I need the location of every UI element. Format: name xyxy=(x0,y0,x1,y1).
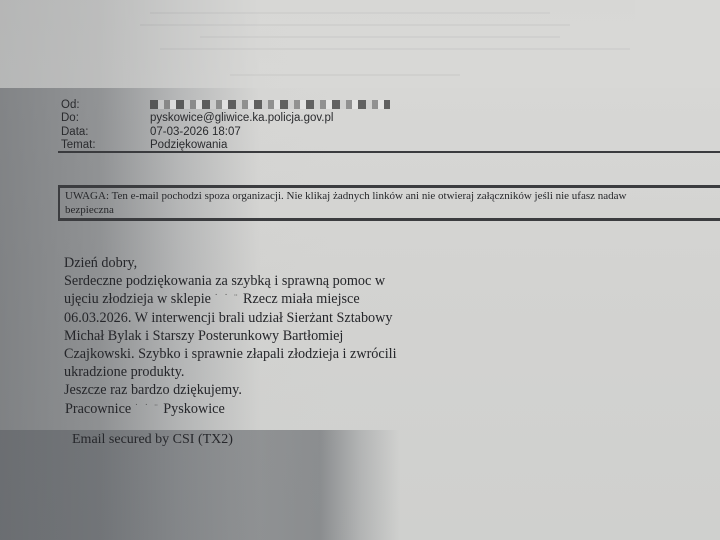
header-date-row: Data: 07-03-2026 18:07 xyxy=(61,126,390,139)
body-line: Michał Bylak i Starszy Posterunkowy Bart… xyxy=(64,327,397,345)
header-to-row: Do: pyskowice@gliwice.ka.policja.gov.pl xyxy=(61,112,390,125)
bleed-through-area xyxy=(0,0,720,88)
body-line: Serdeczne podziękowania za szybką i spra… xyxy=(64,272,397,290)
body-line: ukradzione produkty. xyxy=(64,363,397,381)
body-line: Jeszcze raz bardzo dziękujemy. xyxy=(64,381,397,399)
greeting: Dzień dobry, xyxy=(64,254,397,272)
redaction-mark: ˙ ˙ ¨ xyxy=(215,293,240,304)
from-label: Od: xyxy=(61,99,150,112)
signature: Pracownice ˙ ˙ ¨ Pyskowice xyxy=(64,400,397,418)
security-footer: Email secured by CSI (TX2) xyxy=(72,432,233,448)
signature-prefix: Pracownice xyxy=(65,401,131,417)
body-line-part: Rzecz miała miejsce xyxy=(243,291,360,307)
header-from-row: Od: xyxy=(61,99,390,112)
date-label: Data: xyxy=(61,126,150,139)
redaction-block xyxy=(150,100,390,109)
header-divider xyxy=(58,151,720,153)
warning-line-1: UWAGA: Ten e-mail pochodzi spoza organiz… xyxy=(65,189,720,203)
from-value-redacted xyxy=(150,99,390,112)
bleed-line xyxy=(160,48,630,50)
email-header: Od: Do: pyskowice@gliwice.ka.policja.gov… xyxy=(61,99,390,152)
bleed-line xyxy=(140,24,570,26)
body-line-part: ujęciu złodzieja w sklepie xyxy=(64,291,211,307)
bleed-line xyxy=(150,12,550,14)
to-label: Do: xyxy=(61,112,150,125)
bleed-line xyxy=(200,36,560,38)
body-line: ujęciu złodzieja w sklepie ˙ ˙ ¨ Rzecz m… xyxy=(64,290,397,308)
body-line: 06.03.2026. W interwencji brali udział S… xyxy=(64,309,397,327)
body-line: Czajkowski. Szybko i sprawnie złapali zł… xyxy=(64,345,397,363)
warning-text: Ten e-mail pochodzi spoza organizacji. N… xyxy=(112,190,627,202)
redaction-mark: ˙ ˙ ¨ xyxy=(135,403,160,414)
warning-label: UWAGA: xyxy=(65,190,109,202)
signature-suffix: Pyskowice xyxy=(163,401,224,417)
email-body: Dzień dobry, Serdeczne podziękowania za … xyxy=(64,254,397,418)
external-email-warning: UWAGA: Ten e-mail pochodzi spoza organiz… xyxy=(58,185,720,221)
bleed-line xyxy=(230,74,460,76)
date-value: 07-03-2026 18:07 xyxy=(150,126,241,139)
to-value: pyskowice@gliwice.ka.policja.gov.pl xyxy=(150,112,333,125)
warning-line-2: bezpieczna xyxy=(65,203,720,217)
